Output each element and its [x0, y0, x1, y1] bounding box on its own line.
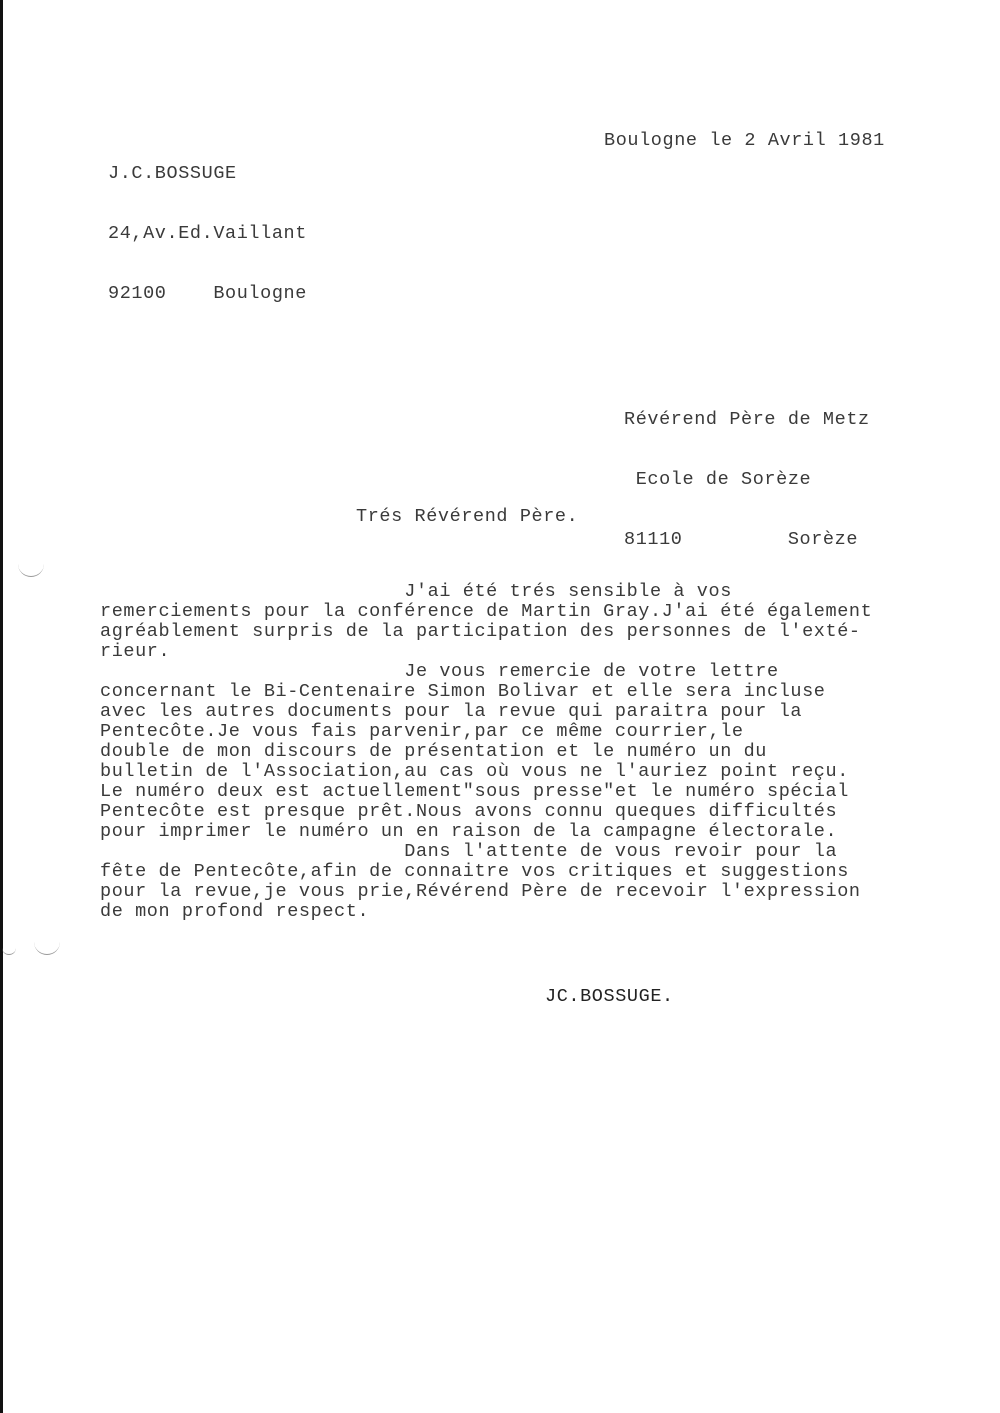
recipient-address: Révérend Père de Metz Ecole de Sorèze 81…	[624, 370, 870, 590]
letter-date: Boulogne le 2 Avril 1981	[604, 131, 885, 151]
punch-hole-mark	[2, 940, 16, 955]
sender-name: J.C.BOSSUGE	[108, 164, 307, 184]
body-line: Pentecôte.Je vous fais parvenir,par ce m…	[100, 722, 872, 742]
body-line: pour la revue,je vous prie,Révérend Père…	[100, 882, 872, 902]
body-line: pour imprimer le numéro un en raison de …	[100, 822, 872, 842]
body-line: agréablement surpris de la participation…	[100, 622, 872, 642]
body-line: Je vous remercie de votre lettre	[100, 662, 872, 682]
letter-body: J'ai été trés sensible à vosremerciement…	[100, 582, 872, 922]
body-line: Pentecôte est presque prêt.Nous avons co…	[100, 802, 872, 822]
body-line: bulletin de l'Association,au cas où vous…	[100, 762, 872, 782]
sender-city: 92100 Boulogne	[108, 284, 307, 304]
signature: JC.BOSSUGE.	[545, 987, 674, 1007]
body-line: Le numéro deux est actuellement"sous pre…	[100, 782, 872, 802]
body-line: J'ai été trés sensible à vos	[100, 582, 872, 602]
recipient-city: 81110 Sorèze	[624, 530, 870, 550]
scan-edge	[0, 0, 3, 1413]
body-line: fête de Pentecôte,afin de connaitre vos …	[100, 862, 872, 882]
body-line: rieur.	[100, 642, 872, 662]
body-line: Dans l'attente de vous revoir pour la	[100, 842, 872, 862]
recipient-institution: Ecole de Sorèze	[624, 470, 870, 490]
sender-address: J.C.BOSSUGE 24,Av.Ed.Vaillant 92100 Boul…	[108, 124, 307, 344]
punch-hole-mark	[18, 562, 44, 577]
letter-page: J.C.BOSSUGE 24,Av.Ed.Vaillant 92100 Boul…	[0, 0, 1000, 1413]
body-line: concernant le Bi-Centenaire Simon Boliva…	[100, 682, 872, 702]
recipient-name: Révérend Père de Metz	[624, 410, 870, 430]
sender-street: 24,Av.Ed.Vaillant	[108, 224, 307, 244]
body-line: remerciements pour la conférence de Mart…	[100, 602, 872, 622]
body-line: double de mon discours de présentation e…	[100, 742, 872, 762]
punch-hole-mark	[34, 940, 60, 955]
salutation: Trés Révérend Père.	[356, 507, 578, 527]
body-line: de mon profond respect.	[100, 902, 872, 922]
body-line: avec les autres documents pour la revue …	[100, 702, 872, 722]
